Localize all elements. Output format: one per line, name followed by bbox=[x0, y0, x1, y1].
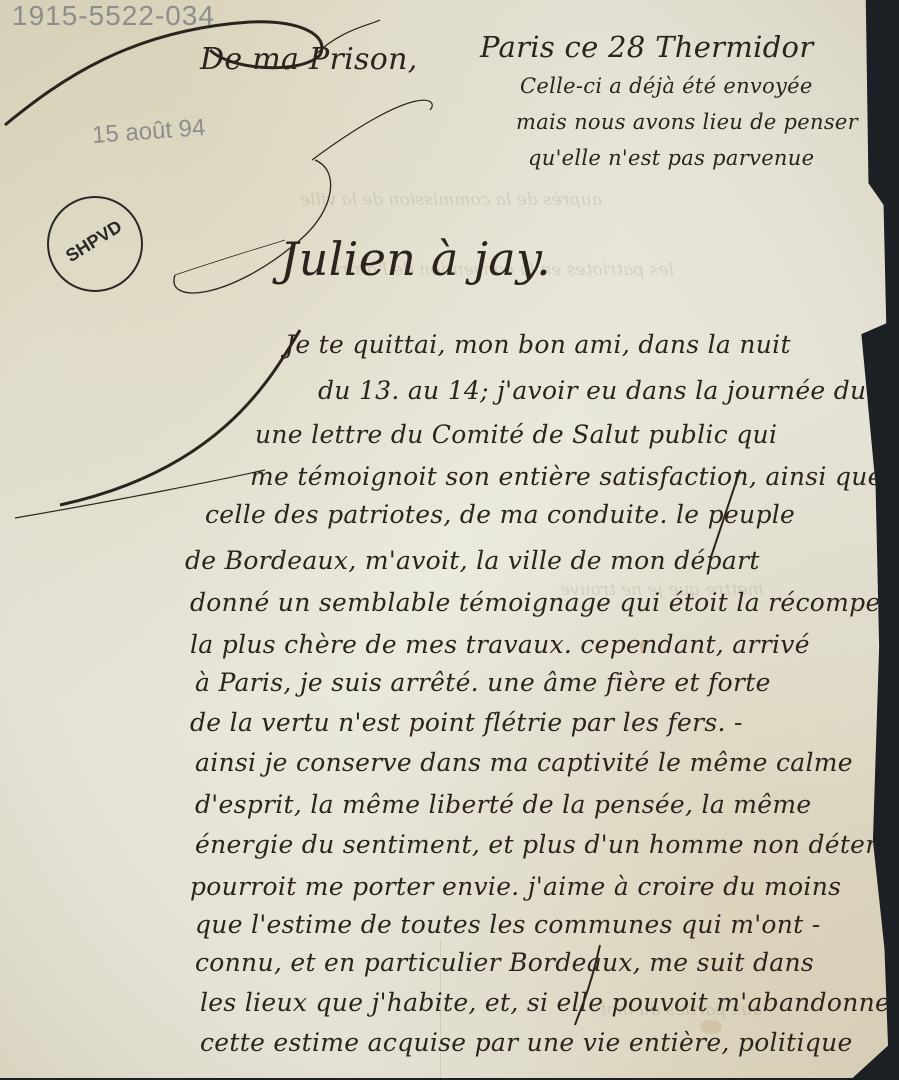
marginal-note-line: qu'elle n'est pas parvenue bbox=[528, 146, 814, 170]
body-line: à Paris, je suis arrêté. une âme fière e… bbox=[195, 668, 771, 697]
body-line: de Bordeaux, m'avoit, la ville de mon dé… bbox=[185, 546, 760, 575]
body-line: me témoignoit son entière satisfaction, … bbox=[250, 462, 883, 491]
body-line: celle des patriotes, de ma conduite. le … bbox=[205, 500, 795, 529]
body-line: pourroit me porter envie. j'aime à croir… bbox=[190, 872, 841, 901]
stamp-label: SHPVD bbox=[62, 216, 126, 267]
body-line: énergie du sentiment, et plus d'un homme… bbox=[195, 830, 898, 859]
body-line: Je te quittai, mon bon ami, dans la nuit bbox=[285, 330, 791, 359]
body-line: ainsi je conserve dans ma captivité le m… bbox=[195, 748, 853, 777]
body-line: les lieux que j'habite, et, si elle pouv… bbox=[200, 988, 899, 1017]
salutation: Julien à jay. bbox=[280, 232, 551, 286]
marginal-note-line: Celle-ci a déjà été envoyée bbox=[520, 74, 813, 98]
manuscript-page: auprès de la commission de la ville les … bbox=[0, 0, 888, 1078]
body-line: de la vertu n'est point flétrie par les … bbox=[190, 708, 743, 737]
body-line: donné un semblable témoignage qui étoit … bbox=[190, 588, 899, 617]
body-line: du 13. au 14; j'avoir eu dans la journée… bbox=[318, 376, 899, 405]
marginal-note-line: mais nous avons lieu de penser bbox=[516, 110, 858, 134]
archive-stamp: SHPVD bbox=[47, 196, 143, 292]
letter-date: Paris ce 28 Thermidor bbox=[480, 30, 813, 64]
body-line: cette estime acquise par une vie entière… bbox=[200, 1028, 853, 1057]
body-line: une lettre du Comité de Salut public qui bbox=[255, 420, 777, 449]
letter-place: De ma Prison, bbox=[200, 42, 418, 77]
body-line: que l'estime de toutes les communes qui … bbox=[195, 910, 821, 939]
body-line: la plus chère de mes travaux. cependant,… bbox=[190, 630, 810, 659]
archive-reference-number: 1915-5522-034 bbox=[12, 0, 215, 32]
body-line: d'esprit, la même liberté de la pensée, … bbox=[195, 790, 811, 819]
body-line: connu, et en particulier Bordeaux, me su… bbox=[195, 948, 814, 977]
